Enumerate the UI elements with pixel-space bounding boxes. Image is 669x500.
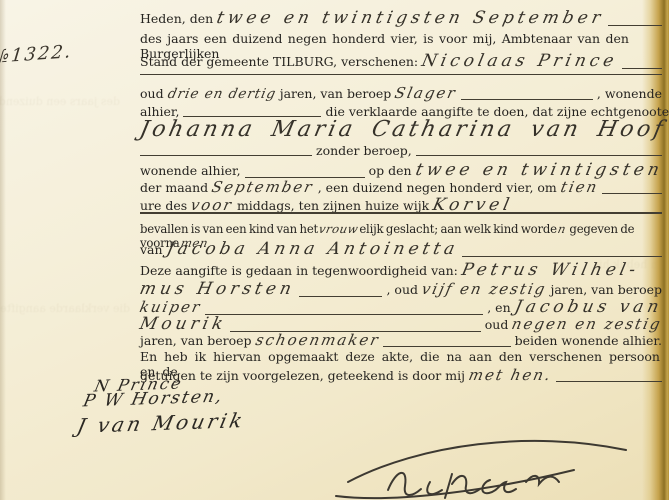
line-declarant-age-occupation: oud drie en dertig jaren, van beroep Sla… xyxy=(140,84,662,102)
handwritten-mother-name: Johanna Maria Catharina van Hoof xyxy=(137,117,668,142)
handwritten-date: twee en twintigsten September xyxy=(215,8,606,28)
handwritten-declarant-name: Nicolaas Prince xyxy=(420,51,620,71)
printed-text: beiden wonende alhier. xyxy=(515,333,662,348)
handwritten-witness1-name: mus Horsten xyxy=(138,279,297,299)
printed-text: van xyxy=(140,242,163,257)
line-witness1-age: mus Horsten , oud vijf en zestig jaren, … xyxy=(140,279,662,299)
section-divider xyxy=(140,212,662,214)
handwritten-signed-with-them: met hen. xyxy=(467,366,554,384)
line-witnesses-intro: Deze aangifte is gedaan in tegenwoordigh… xyxy=(140,260,662,280)
page-gutter xyxy=(0,0,6,500)
printed-text: ure des xyxy=(140,198,187,213)
printed-text: Stand der gemeente TILBURG, verschenen: xyxy=(140,54,418,69)
printed-text: op den xyxy=(369,163,412,178)
printed-text: wonende alhier, xyxy=(140,163,241,178)
printed-text: getuigen te zijn voorgelezen, geteekend … xyxy=(140,368,465,383)
birth-certificate-page: des jaars een duizend negen honderd vier… xyxy=(0,0,669,500)
printed-text: Deze aangifte is gedaan in tegenwoordigh… xyxy=(140,263,458,278)
line-birth-month-hour: der maand September , een duizend negen … xyxy=(140,178,662,196)
printed-text: , wonende xyxy=(597,86,662,101)
printed-text: oud xyxy=(140,86,164,101)
line-birth-date-intro: wonende alhier, op den twee en twintigst… xyxy=(140,160,662,180)
line-mother-name: Johanna Maria Catharina van Hoof xyxy=(140,117,662,142)
ruled-blank xyxy=(416,153,662,156)
printed-text: oud xyxy=(485,317,509,332)
line-witness2-occupation: jaren, van beroep schoenmaker beiden won… xyxy=(140,331,662,349)
handwritten-witness1-age: vijf en zestig xyxy=(420,280,548,298)
printed-text: , en xyxy=(487,300,510,315)
printed-text: , oud xyxy=(386,282,418,297)
line-date-opening: Heden, den twee en twintigsten September xyxy=(140,8,662,28)
bleed-through-text: die verklaarde aangifte te doen, dat zij… xyxy=(0,302,130,315)
ruled-blank xyxy=(383,344,510,347)
handwritten-age: drie en dertig xyxy=(166,86,278,102)
printed-text: , een duizend negen honderd vier, om xyxy=(318,180,557,195)
ruled-blank xyxy=(462,254,662,257)
ruled-blank xyxy=(140,153,312,156)
printed-text: jaren, van beroep xyxy=(140,333,252,348)
handwritten-hour: tien xyxy=(559,178,600,196)
line-child-names: van Jacoba Anna Antoinetta xyxy=(140,239,662,259)
printed-text: jaren, van beroep xyxy=(550,282,662,297)
bleed-through-text: des jaars een duizend negen honderd vier… xyxy=(0,95,120,108)
handwritten-witness2-occupation: schoenmaker xyxy=(254,331,381,349)
printed-text: elijk geslacht; aan welk kind worde xyxy=(359,222,557,236)
ruled-blank xyxy=(461,97,593,100)
ruled-blank xyxy=(622,66,662,69)
handwritten-witness1-name: Petrus Wilhel- xyxy=(460,260,641,280)
printed-text: middags, ten zijnen huize wijk xyxy=(237,198,429,213)
line-closing-2: getuigen te zijn voorgelezen, geteekend … xyxy=(140,366,662,384)
section-divider xyxy=(140,74,662,75)
handwritten-birth-day: twee en twintigsten xyxy=(413,160,664,180)
handwritten-occupation: Slager xyxy=(393,84,458,102)
printed-text: der maand xyxy=(140,180,208,195)
handwritten-suffix: n xyxy=(556,222,567,236)
printed-text: zonder beroep, xyxy=(316,143,412,158)
line-mother-occupation: zonder beroep, xyxy=(140,143,662,158)
printed-text: Heden, den xyxy=(140,11,213,26)
printed-text: jaren, van beroep xyxy=(280,86,392,101)
signature-witness-1: P W Horsten, xyxy=(81,387,225,412)
ruled-blank xyxy=(608,23,662,26)
signature-witness-2: J van Mourik xyxy=(75,408,248,438)
line-municipality-and-declarant: Stand der gemeente TILBURG, verschenen: … xyxy=(140,51,662,71)
ruled-blank xyxy=(602,191,662,194)
act-number: №1322. xyxy=(0,41,74,68)
handwritten-month: September xyxy=(210,178,315,196)
handwritten-child-names: Jacoba Anna Antoinetta xyxy=(164,239,460,259)
ruled-blank xyxy=(556,379,662,382)
printed-text: bevallen is van een kind van het xyxy=(140,222,318,236)
handwritten-sex: vrouw xyxy=(318,222,360,236)
signature-registrar xyxy=(330,424,640,500)
